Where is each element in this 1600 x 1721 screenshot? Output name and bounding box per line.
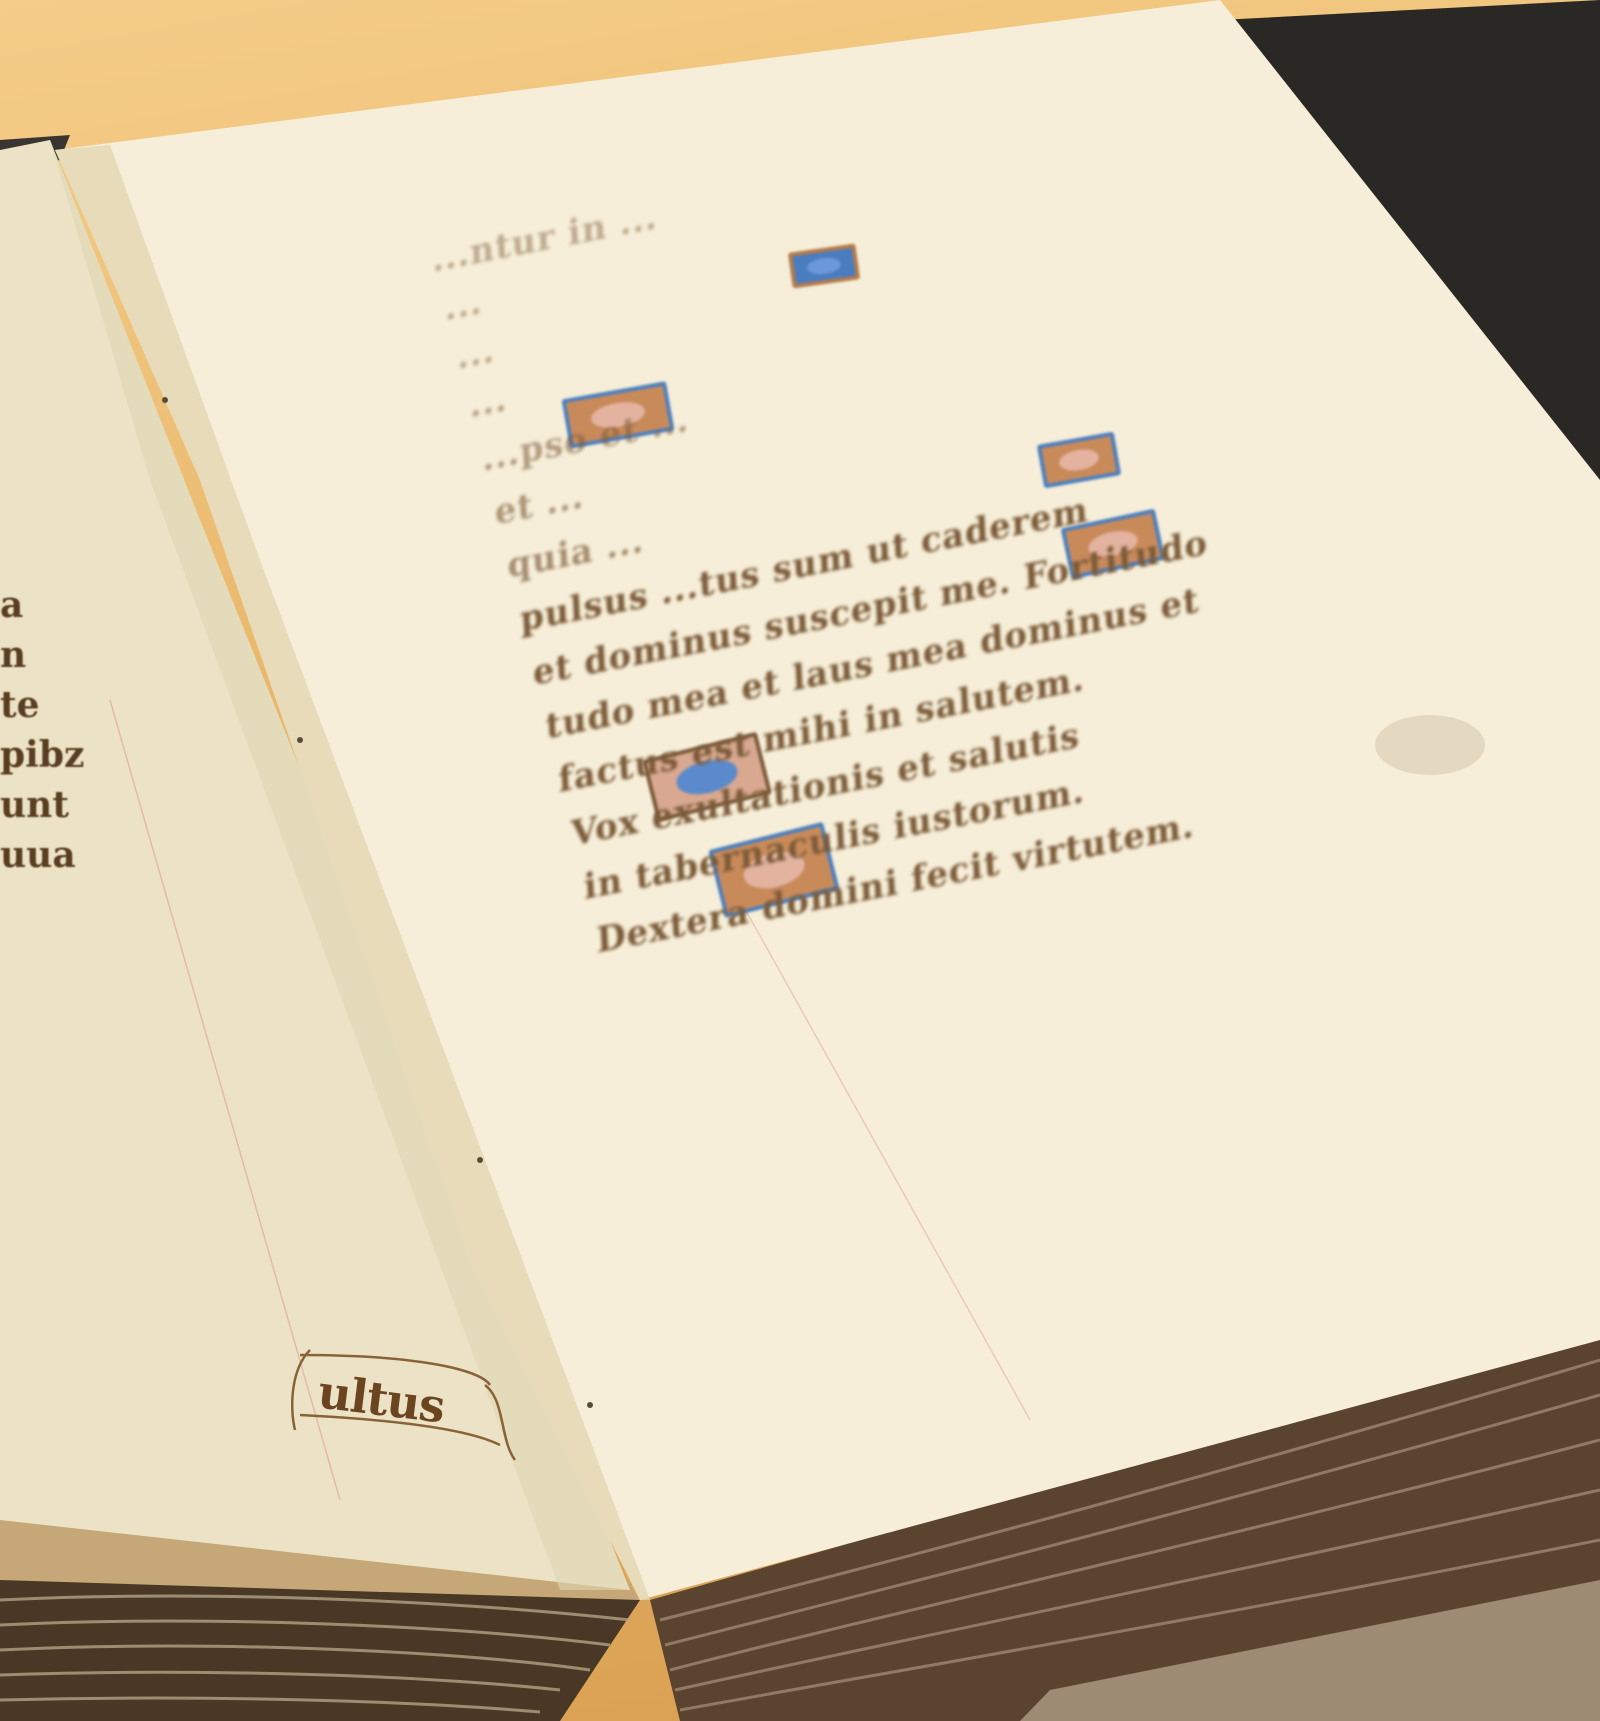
manuscript-photo: ...ntur in ... ... ... ... ...pso et ...… [0,0,1600,1721]
catchword-frame [0,0,1600,1721]
